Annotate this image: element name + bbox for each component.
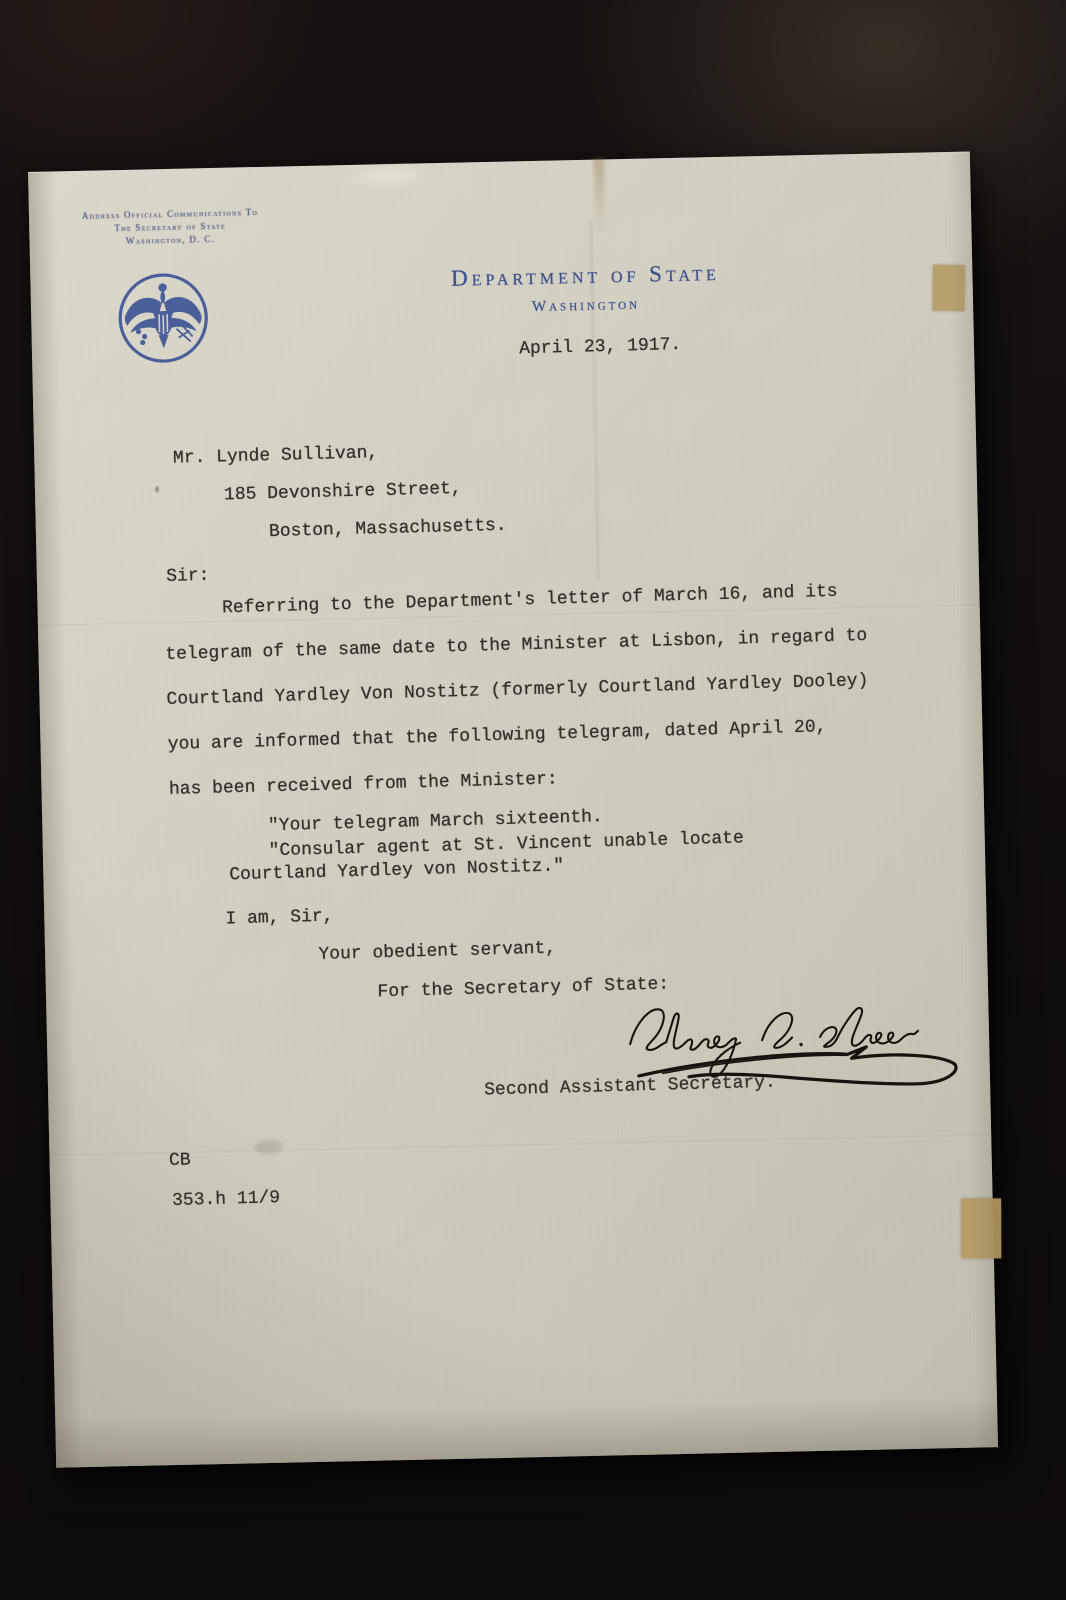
typewritten-layer: April 23, 1917. Mr. Lynde Sullivan, 185 … bbox=[22, 148, 999, 1468]
body-line: you are informed that the following tele… bbox=[167, 716, 826, 756]
body-line: has been received from the Minister: bbox=[169, 768, 558, 801]
date-line: April 23, 1917. bbox=[519, 334, 682, 360]
photo-of-letter: Address Official Communications To The S… bbox=[0, 0, 1066, 1600]
recipient-line: Boston, Massachusetts. bbox=[269, 515, 507, 543]
notation-file-number: 353.h 11/9 bbox=[172, 1187, 281, 1212]
body-line: Courtland Yardley Von Nostitz (formerly … bbox=[166, 670, 868, 711]
notation-initials: CB bbox=[169, 1149, 191, 1172]
recipient-line: 185 Devonshire Street, bbox=[224, 478, 462, 506]
closing-line: I am, Sir, bbox=[225, 906, 334, 931]
salutation: Sir: bbox=[166, 565, 210, 588]
signature-autograph bbox=[621, 991, 971, 1101]
closing-line: Your obedient servant, bbox=[318, 938, 556, 966]
letter-paper: Address Official Communications To The S… bbox=[28, 151, 998, 1467]
body-line: telegram of the same date to the Ministe… bbox=[165, 625, 867, 666]
body-line: Referring to the Department's letter of … bbox=[222, 581, 838, 620]
recipient-line: Mr. Lynde Sullivan, bbox=[173, 442, 379, 470]
